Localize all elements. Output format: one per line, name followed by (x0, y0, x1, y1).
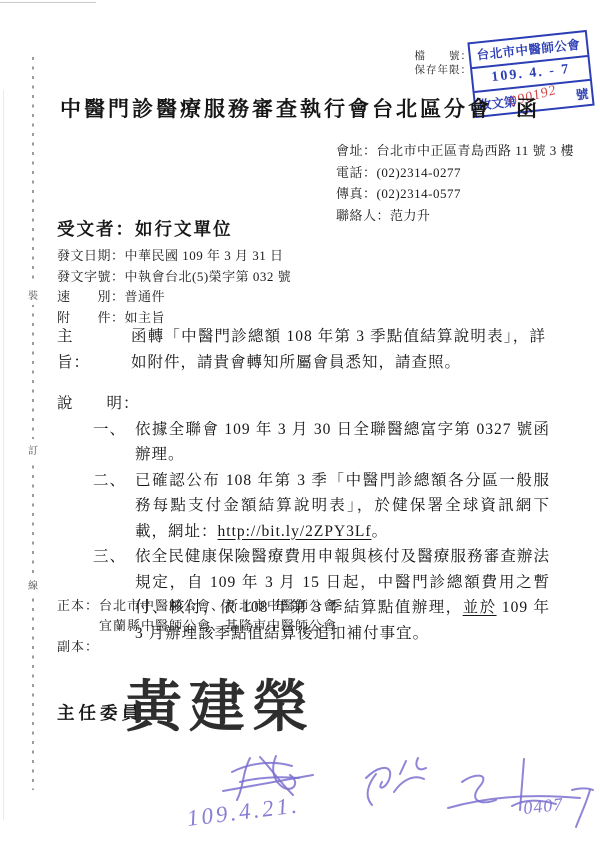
original-copies-label: 正本： (57, 596, 99, 616)
issue-date-line: 發文日期：中華民國 109 年 3 月 31 日 (57, 246, 291, 267)
original-copies-line-2: 宜蘭縣中醫師公會、基隆市中醫師公會 (99, 616, 337, 636)
explanation-item-2-text-after: 。 (372, 523, 389, 540)
original-copies-list: 台北市中醫師公會、新北市中醫師公會 宜蘭縣中醫師公會、基隆市中醫師公會 (99, 596, 337, 635)
left-signature-scribble (223, 756, 313, 800)
binding-char-zhuang: 裝 (26, 284, 40, 305)
speed-line: 速 別：普通件 (57, 287, 291, 308)
contact-person: 聯絡人：范力升 (336, 205, 574, 227)
contact-phone: 電話：(02)2314-0277 (336, 162, 574, 184)
explanation-item-2-number: 二、 (93, 468, 135, 494)
file-number-label: 檔 號： (415, 50, 473, 64)
official-letter-page: 裝 訂 線 檔 號： 保存年限： 台北市中醫師公會 109. 4. - 7 收文… (0, 0, 600, 849)
chairman-name-calligraphy: 黃建榮 (126, 663, 315, 743)
download-url: http://bit.ly/2ZPY3Lf (218, 523, 372, 540)
copies-block: 正本： 台北市中醫師公會、新北市中醫師公會 宜蘭縣中醫師公會、基隆市中醫師公會 … (57, 596, 337, 657)
meta-block: 發文日期：中華民國 109 年 3 月 31 日 發文字號：中執會台北(5)榮字… (57, 246, 291, 328)
original-copies-row: 正本： 台北市中醫師公會、新北市中醫師公會 宜蘭縣中醫師公會、基隆市中醫師公會 (57, 596, 337, 635)
document-title: 中醫門診醫療服務審查執行會台北區分會 函 (0, 93, 600, 123)
recipient-line: 受文者：如行文單位 (57, 216, 233, 241)
handwritten-note: 0407 (522, 794, 564, 818)
subject-block: 主 旨： 函轉「中醫門診總額 108 年第 3 季點值結算說明表」，詳如附件，請… (57, 324, 551, 376)
retention-period-label: 保存年限： (415, 64, 473, 78)
explanation-item-3-underlined: 並於 (463, 599, 497, 616)
explanation-item-1-number: 一、 (93, 417, 135, 443)
right-signature-scribble (448, 759, 593, 827)
scan-artifact-top (0, 2, 96, 3)
explanation-item-1: 一、 依據全聯會 109 年 3 月 30 日全聯醫總富字第 0327 號函辦理… (93, 417, 551, 468)
binding-char-xian: 線 (26, 574, 40, 595)
explanation-item-2-text: 已確認公布 108 年第 3 季「中醫門診總額各分區一般服務每點支付金額結算說明… (135, 468, 550, 545)
explanation-label: 說 明： (57, 391, 551, 417)
middle-signature-scribble (366, 758, 426, 805)
cc-copies-label: 副本： (57, 637, 337, 657)
explanation-item-3-number: 三、 (93, 544, 135, 570)
binding-char-ding: 訂 (26, 439, 40, 460)
binding-dashed-line (32, 57, 34, 790)
subject-label: 主 旨： (57, 324, 131, 376)
handwritten-date: 109.4.21. (186, 792, 301, 831)
subject-text: 函轉「中醫門診總額 108 年第 3 季點值結算說明表」，詳如附件，請貴會轉知所… (131, 324, 546, 376)
scan-artifact-left (3, 90, 4, 820)
explanation-item-2: 二、 已確認公布 108 年第 3 季「中醫門診總額各分區一般服務每點支付金額結… (93, 468, 551, 545)
contact-fax: 傳真：(02)2314-0577 (336, 183, 574, 205)
file-number-block: 檔 號： 保存年限： (415, 50, 473, 78)
contact-address: 會址：台北市中正區青島西路 11 號 3 樓 (336, 140, 574, 162)
doc-number-line: 發文字號：中執會台北(5)榮字第 032 號 (57, 267, 291, 288)
handwritten-signatures: 109.4.21. 0407 (180, 748, 600, 848)
explanation-item-1-text: 依據全聯會 109 年 3 月 30 日全聯醫總富字第 0327 號函辦理。 (135, 417, 550, 468)
original-copies-line-1: 台北市中醫師公會、新北市中醫師公會 (99, 596, 337, 616)
contact-block: 會址：台北市中正區青島西路 11 號 3 樓 電話：(02)2314-0277 … (336, 140, 574, 226)
